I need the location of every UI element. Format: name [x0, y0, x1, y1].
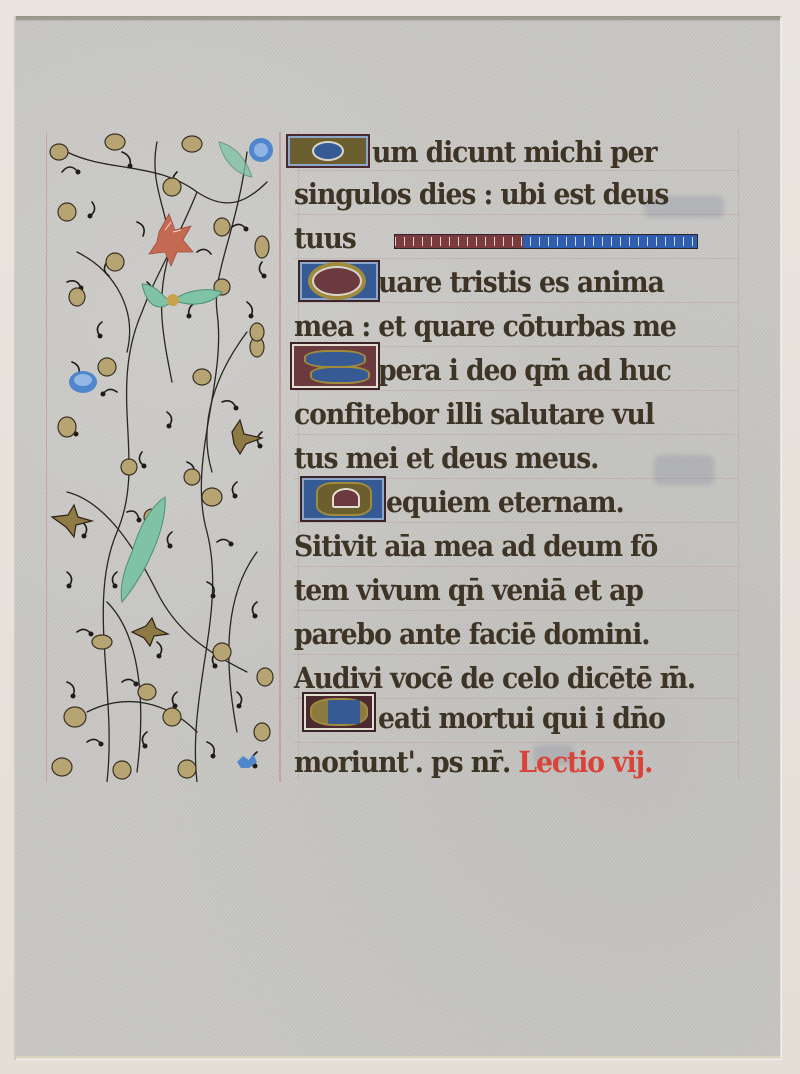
initial-q-boss — [312, 266, 362, 296]
text-line-7: confitebor illi salutare vul — [294, 394, 654, 434]
text-line-1: um dicunt michi per — [372, 132, 657, 172]
ruling-margin — [738, 130, 739, 780]
ruling-line — [294, 610, 739, 611]
initial-s — [290, 342, 380, 390]
text-line-12: parebo ante faciē domini. — [294, 614, 649, 654]
decorated-border — [46, 132, 281, 782]
text-line-15: moriunt'. ps nr̄. Lectio vij. — [294, 742, 652, 782]
initial-r-bowl — [332, 488, 360, 508]
initial-q — [298, 260, 380, 302]
initial-b — [302, 692, 376, 732]
ruling-line — [294, 434, 739, 435]
initial-s-lower — [310, 366, 370, 384]
vine-border-icon — [47, 132, 279, 782]
leaf-top-shadow — [16, 16, 780, 22]
text-line-8: tus mei et deus meus. — [294, 438, 598, 478]
text-line-9: equiem eternam. — [386, 482, 624, 522]
text-line-2: singulos dies : ubi est deus — [294, 174, 668, 214]
text-line-11: tem vivum qn̄ veniā et ap — [294, 570, 643, 610]
rubric-lectio: Lectio vij. — [518, 745, 652, 779]
initial-d-boss — [312, 141, 344, 161]
line-filler — [394, 234, 698, 249]
ruling-line — [294, 654, 739, 655]
text-line-15-body: moriunt'. ps nr̄. — [294, 745, 510, 779]
initial-r — [300, 476, 386, 522]
ruling-line — [294, 302, 739, 303]
text-line-6: pera i deo qm̄ ad huc — [378, 350, 671, 390]
text-column: um dicunt michi per singulos dies : ubi … — [294, 130, 739, 780]
text-line-3: tuus — [294, 218, 356, 258]
ruling-line — [294, 390, 739, 391]
text-line-14: eati mortui qui i dn̄o — [378, 698, 665, 738]
ruling-line — [294, 566, 739, 567]
initial-d — [286, 134, 370, 168]
ruling-line — [294, 258, 739, 259]
stain — [654, 455, 714, 485]
ruling-line — [294, 522, 739, 523]
text-line-4: uare tristis es anima — [378, 262, 664, 302]
text-line-10: Sitivit aīa mea ad deum fō — [294, 526, 657, 566]
text-line-5: mea : et quare cōturbas me — [294, 306, 676, 346]
initial-b-panel — [328, 700, 360, 724]
